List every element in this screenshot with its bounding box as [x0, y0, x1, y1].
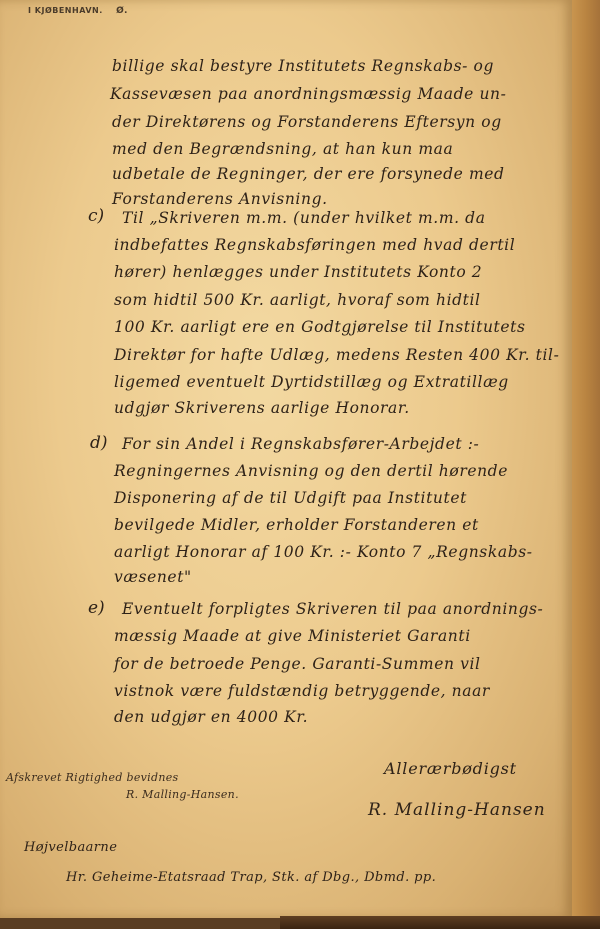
letterhead-stamp: I KJØBENHAVN. Ø. — [28, 6, 128, 16]
section-line: Direktør for hafte Udlæg, medens Resten … — [114, 346, 559, 364]
section-line: vistnok være fuldstændig betryggende, na… — [114, 682, 490, 700]
section-marker: d) — [90, 433, 108, 453]
section-line: aarligt Honorar af 100 Kr. :- Konto 7 „R… — [114, 543, 533, 561]
page-edge — [572, 0, 600, 929]
section-line: den udgjør en 4000 Kr. — [114, 708, 308, 726]
section-line: indbefattes Regnskabsføringen med hvad d… — [114, 236, 515, 254]
intro-line: Kassevæsen paa anordningsmæssig Maade un… — [110, 85, 506, 103]
section-line: mæssig Maade at give Ministeriet Garanti — [114, 627, 471, 645]
manuscript-page: I KJØBENHAVN. Ø. billige skal bestyre In… — [0, 0, 572, 918]
section-line: Eventuelt forpligtes Skriveren til paa a… — [122, 600, 543, 618]
section-line: bevilgede Midler, erholder Forstanderen … — [114, 516, 479, 534]
stamp-text: I KJØBENHAVN. — [28, 6, 103, 15]
section-line: udgjør Skriverens aarlige Honorar. — [114, 399, 410, 417]
section-marker: e) — [88, 598, 105, 618]
intro-line: Forstanderens Anvisning. — [112, 190, 328, 208]
intro-line: udbetale de Regninger, der ere forsynede… — [112, 165, 505, 183]
stamp-suffix: Ø. — [116, 6, 128, 16]
intro-line: der Direktørens og Forstanderens Eftersy… — [112, 113, 502, 131]
closing-salutation: Allerærbødigst — [384, 759, 517, 778]
section-line: hører) henlægges under Institutets Konto… — [114, 263, 482, 281]
signature: R. Malling-Hansen — [368, 800, 546, 820]
section-line: for de betroede Penge. Garanti-Summen vi… — [114, 655, 481, 673]
margin-note-line: Afskrevet Rigtighed bevidnes — [6, 771, 178, 784]
addressee-title: Højvelbaarne — [24, 840, 117, 855]
section-marker: c) — [88, 206, 104, 226]
addressee-name: Hr. Geheime-Etatsraad Trap, Stk. af Dbg.… — [66, 870, 436, 885]
section-line: For sin Andel i Regnskabsfører-Arbejdet … — [122, 435, 479, 453]
section-line: Disponering af de til Udgift paa Institu… — [114, 489, 467, 507]
margin-note-signature: R. Malling-Hansen. — [126, 788, 239, 801]
section-line: Regningernes Anvisning og den dertil hør… — [114, 462, 508, 480]
section-line: 100 Kr. aarligt ere en Godtgjørelse til … — [114, 318, 526, 336]
binding-shadow — [280, 916, 600, 929]
section-line: som hidtil 500 Kr. aarligt, hvoraf som h… — [114, 291, 481, 309]
intro-line: billige skal bestyre Institutets Regnska… — [112, 57, 494, 75]
intro-line: med den Begrændsning, at han kun maa — [112, 140, 453, 158]
section-line: ligemed eventuelt Dyrtidstillæg og Extra… — [114, 373, 509, 391]
section-line: væsenet" — [114, 568, 192, 586]
section-line: Til „Skriveren m.m. (under hvilket m.m. … — [122, 209, 486, 227]
